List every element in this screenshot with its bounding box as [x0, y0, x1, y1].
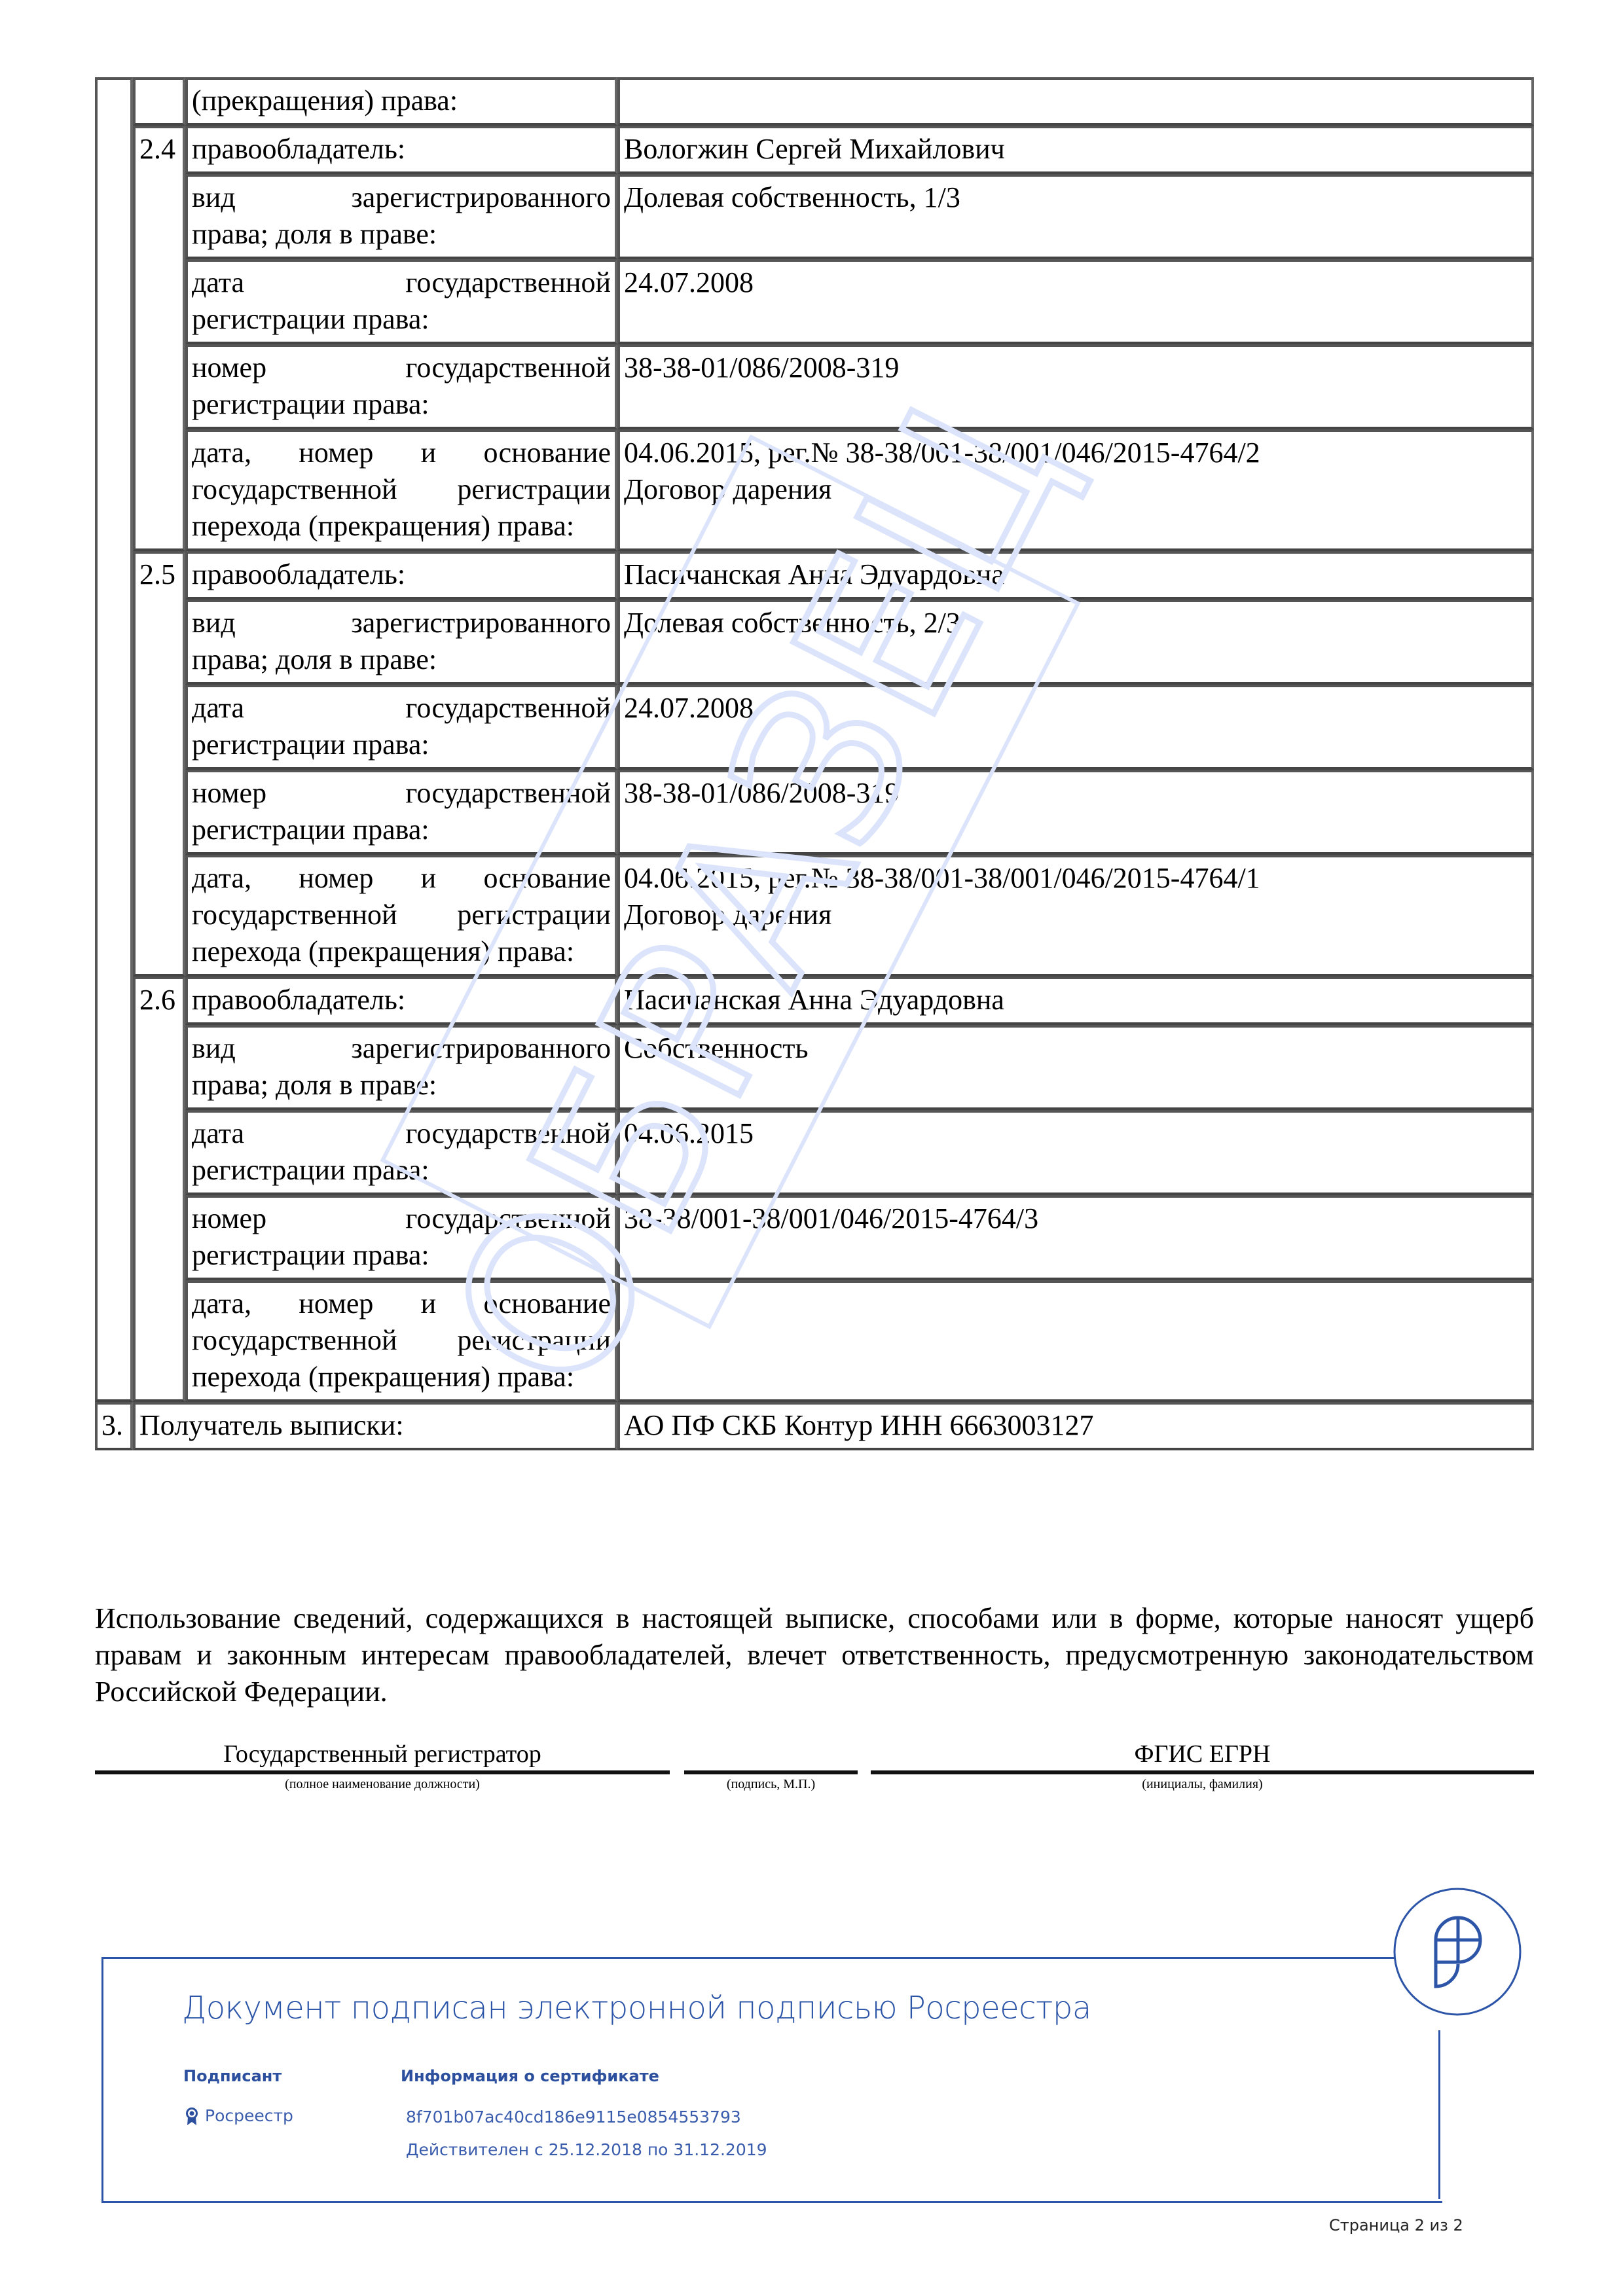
field-label-rest: регистрации права: — [192, 814, 429, 846]
certificate-header: Информация о сертификате — [401, 2067, 659, 2085]
name-caption: (инициалы, фамилия) — [871, 1774, 1534, 1794]
field-label: вид зарегистрированногоправа; доля в пра… — [185, 1025, 617, 1110]
field-label-first-line: дата, номер и основание — [192, 435, 611, 471]
field-value-line: 04.06.2015 — [624, 1115, 1527, 1152]
field-value: 38-38-01/086/2008-319 — [617, 770, 1534, 855]
table-row: дата, номер и основаниегосударственной р… — [95, 429, 1534, 551]
field-value: Долевая собственность, 1/3 — [617, 174, 1534, 259]
field-label: (прекращения) права: — [185, 77, 617, 126]
certificate-serial: 8f701b07ac40cd186e9115e0854553793 — [406, 2108, 741, 2126]
signature-name-block: ФГИС ЕГРН (инициалы, фамилия) — [871, 1738, 1534, 1794]
recipient-label: Получатель выписки: — [133, 1402, 617, 1450]
field-label-first-line: дата, номер и основание — [192, 860, 611, 897]
signature-caption: (подпись, М.П.) — [684, 1774, 858, 1794]
outer-column — [95, 126, 133, 1402]
table-row: дата государственнойрегистрации права:24… — [95, 685, 1534, 770]
number-cell — [133, 77, 185, 126]
table-row: 2.4правообладатель:Вологжин Сергей Михай… — [95, 126, 1534, 174]
rights-table: (прекращения) права:2.4правообладатель:В… — [95, 77, 1534, 1450]
field-label-rest: государственной регистрации перехода (пр… — [192, 1324, 611, 1393]
field-value-line: Вологжин Сергей Михайлович — [624, 131, 1527, 168]
field-label: правообладатель: — [185, 126, 617, 174]
liability-disclaimer: Использование сведений, содержащихся в н… — [95, 1600, 1534, 1710]
table-row: дата государственнойрегистрации права:24… — [95, 259, 1534, 344]
table-row: вид зарегистрированногоправа; доля в пра… — [95, 1025, 1534, 1110]
outer-column — [95, 77, 133, 126]
rosreestr-logo-icon — [1393, 1887, 1523, 2018]
field-label-first-line: дата государственной — [192, 690, 611, 726]
field-label-rest: государственной регистрации перехода (пр… — [192, 899, 611, 967]
field-label: номер государственнойрегистрации права: — [185, 344, 617, 429]
field-value-line: 38-38/001-38/001/046/2015-4764/3 — [624, 1200, 1527, 1237]
table-row: дата, номер и основаниегосударственной р… — [95, 1280, 1534, 1402]
table-row: вид зарегистрированногоправа; доля в пра… — [95, 600, 1534, 685]
field-value-basis: Договор дарения — [624, 897, 1527, 933]
field-value-line: 38-38-01/086/2008-319 — [624, 775, 1527, 812]
field-value: 24.07.2008 — [617, 685, 1534, 770]
field-label-first-line: номер государственной — [192, 350, 611, 386]
holder-number: 2.5 — [133, 551, 185, 977]
field-label-first-line: номер государственной — [192, 1200, 611, 1237]
position-caption: (полное наименование должности) — [95, 1774, 670, 1794]
field-label-rest: государственной регистрации перехода (пр… — [192, 473, 611, 542]
recipient-row: 3.Получатель выписки:АО ПФ СКБ Контур ИН… — [95, 1402, 1534, 1450]
field-label-rest: права; доля в праве: — [192, 643, 437, 675]
field-value: 38-38-01/086/2008-319 — [617, 344, 1534, 429]
signature-position-block: Государственный регистратор (полное наим… — [95, 1738, 670, 1794]
registrar-name: ФГИС ЕГРН — [871, 1738, 1534, 1770]
field-label-first-line: дата государственной — [192, 1115, 611, 1152]
field-label-first-line: номер государственной — [192, 775, 611, 812]
field-value-line: Долевая собственность, 1/3 — [624, 179, 1527, 216]
field-value: 04.06.2015, рег.№ 38-38/001-38/001/046/2… — [617, 855, 1534, 977]
field-value-line: 04.06.2015, рег.№ 38-38/001-38/001/046/2… — [624, 435, 1527, 471]
field-label: номер государственнойрегистрации права: — [185, 770, 617, 855]
field-value-line: Пасичанская Анна Эдуардовна — [624, 556, 1527, 593]
field-label-first-line: вид зарегистрированного — [192, 179, 611, 216]
field-label-first-line: вид зарегистрированного — [192, 605, 611, 641]
field-label: дата государственнойрегистрации права: — [185, 259, 617, 344]
field-value: Долевая собственность, 2/3 — [617, 600, 1534, 685]
field-value-line: Собственность — [624, 1030, 1527, 1067]
field-value — [617, 1280, 1534, 1402]
table-row: номер государственнойрегистрации права:3… — [95, 770, 1534, 855]
field-label-first-line: дата государственной — [192, 264, 611, 301]
field-label-rest: регистрации права: — [192, 728, 429, 761]
field-label: номер государственнойрегистрации права: — [185, 1195, 617, 1280]
field-value: Пасичанская Анна Эдуардовна — [617, 977, 1534, 1025]
field-label-rest: регистрации права: — [192, 1239, 429, 1271]
field-value-line: Пасичанская Анна Эдуардовна — [624, 982, 1527, 1018]
field-value-line: Долевая собственность, 2/3 — [624, 605, 1527, 641]
certificate-validity: Действителен с 25.12.2018 по 31.12.2019 — [406, 2140, 767, 2159]
table-row: дата, номер и основаниегосударственной р… — [95, 855, 1534, 977]
field-label-rest: права; доля в праве: — [192, 218, 437, 250]
field-value: 24.07.2008 — [617, 259, 1534, 344]
field-value-basis: Договор дарения — [624, 471, 1527, 508]
registrar-position: Государственный регистратор — [95, 1738, 670, 1770]
signer-name: Росреестр — [205, 2106, 293, 2125]
field-label-first-line: дата, номер и основание — [192, 1285, 611, 1322]
section-number: 3. — [95, 1402, 133, 1450]
field-label-rest: регистрации права: — [192, 303, 429, 335]
field-value: 38-38/001-38/001/046/2015-4764/3 — [617, 1195, 1534, 1280]
table-row: 2.5правообладатель:Пасичанская Анна Эдуа… — [95, 551, 1534, 600]
signer: Росреестр — [185, 2106, 293, 2126]
table-row: дата государственнойрегистрации права:04… — [95, 1110, 1534, 1195]
field-label: вид зарегистрированногоправа; доля в пра… — [185, 600, 617, 685]
field-label-rest: права; доля в праве: — [192, 1069, 437, 1101]
holder-number: 2.6 — [133, 977, 185, 1402]
field-label: дата, номер и основаниегосударственной р… — [185, 1280, 617, 1402]
field-value-line: 04.06.2015, рег.№ 38-38/001-38/001/046/2… — [624, 860, 1527, 897]
table-row: номер государственнойрегистрации права:3… — [95, 1195, 1534, 1280]
esignature-box-right-edge — [1438, 2030, 1440, 2199]
field-label: правообладатель: — [185, 977, 617, 1025]
field-value-line: 24.07.2008 — [624, 264, 1527, 301]
signer-header: Подписант — [183, 2067, 282, 2085]
field-value — [617, 77, 1534, 126]
field-value: 04.06.2015, рег.№ 38-38/001-38/001/046/2… — [617, 429, 1534, 551]
field-value: Вологжин Сергей Михайлович — [617, 126, 1534, 174]
field-value: Пасичанская Анна Эдуардовна — [617, 551, 1534, 600]
field-label-rest: регистрации права: — [192, 1154, 429, 1186]
field-value-line: 24.07.2008 — [624, 690, 1527, 726]
page-number: Страница 2 из 2 — [1329, 2216, 1463, 2234]
table-row: вид зарегистрированногоправа; доля в пра… — [95, 174, 1534, 259]
field-value: Собственность — [617, 1025, 1534, 1110]
field-label: дата, номер и основаниегосударственной р… — [185, 855, 617, 977]
field-value: 04.06.2015 — [617, 1110, 1534, 1195]
signature-field — [684, 1738, 858, 1770]
esignature-title: Документ подписан электронной подписью Р… — [182, 1990, 1091, 2026]
field-value-line: 38-38-01/086/2008-319 — [624, 350, 1527, 386]
holder-number: 2.4 — [133, 126, 185, 551]
field-label: дата, номер и основаниегосударственной р… — [185, 429, 617, 551]
field-label: дата государственнойрегистрации права: — [185, 1110, 617, 1195]
field-label: дата государственнойрегистрации права: — [185, 685, 617, 770]
field-label: вид зарегистрированногоправа; доля в пра… — [185, 174, 617, 259]
recipient-value: АО ПФ СКБ Контур ИНН 6663003127 — [617, 1402, 1534, 1450]
signature-sign-block: (подпись, М.П.) — [684, 1738, 858, 1794]
table-row: (прекращения) права: — [95, 77, 1534, 126]
field-label: правообладатель: — [185, 551, 617, 600]
award-ribbon-icon — [185, 2108, 198, 2126]
field-label-rest: регистрации права: — [192, 388, 429, 420]
field-label-first-line: вид зарегистрированного — [192, 1030, 611, 1067]
table-row: 2.6правообладатель:Пасичанская Анна Эдуа… — [95, 977, 1534, 1025]
table-row: номер государственнойрегистрации права:3… — [95, 344, 1534, 429]
